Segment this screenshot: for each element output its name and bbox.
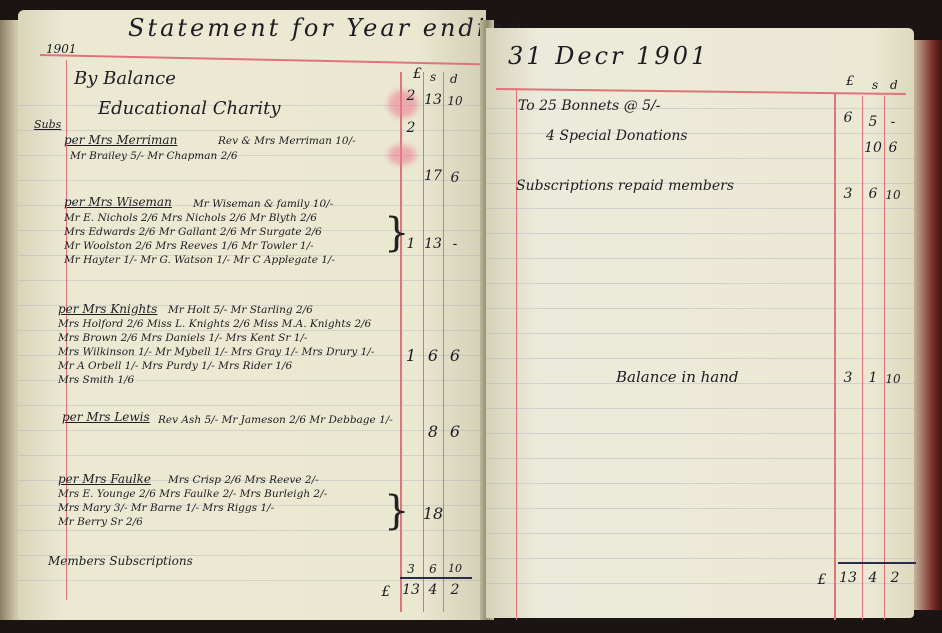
header-rule [40,54,485,65]
total-rule [838,562,916,564]
collector-knights: per Mrs Knights [58,302,157,316]
margin-label-subs: Subs [34,118,61,131]
total-symbol: £ [812,572,832,588]
collector-wiseman: per Mrs Wiseman [64,195,172,209]
total-pence: 2 [884,570,906,586]
currency-s: s [430,70,436,84]
page-heading-left: Statement for Year ending [128,14,524,42]
total-shillings: 4 [862,570,884,586]
expense-bonnets: To 25 Bonnets @ 5/- [518,98,661,114]
total-rule [400,577,472,579]
currency-d: d [450,72,458,86]
expense-subscriptions-repaid: Subscriptions repaid members [516,178,734,194]
bracket-icon: } [384,488,409,534]
total-pounds: 13 [836,570,860,586]
educational-charity-label: Educational Charity [98,98,281,119]
year-tab: 1901 [46,42,77,56]
balance-in-hand: Balance in hand [616,368,739,386]
expense-special-donations: 4 Special Donations [546,128,688,144]
total-pence: 2 [444,582,466,598]
page-stack-right [910,40,942,610]
total-shillings: 4 [422,582,444,598]
ledger-book: 1901 Statement for Year ending £ s d Sub… [0,0,942,633]
currency-l: £ [413,66,422,82]
header-rule [496,88,906,95]
collector-merriman: per Mrs Merriman [64,133,177,147]
members-subscriptions-label: Members Subscriptions [48,554,193,568]
left-page: 1901 Statement for Year ending £ s d Sub… [18,10,486,620]
total-pounds: 13 [400,582,422,598]
opening-balance-label: By Balance [74,68,176,89]
page-heading-right: 31 Decr 1901 [508,42,709,70]
collector-lewis: per Mrs Lewis [62,410,150,424]
margin-rule [516,90,517,620]
right-page: 31 Decr 1901 £ s d To 25 Bonnets @ 5/- 6… [486,28,914,618]
collector-faulke: per Mrs Faulke [58,472,151,486]
total-symbol: £ [376,584,396,600]
